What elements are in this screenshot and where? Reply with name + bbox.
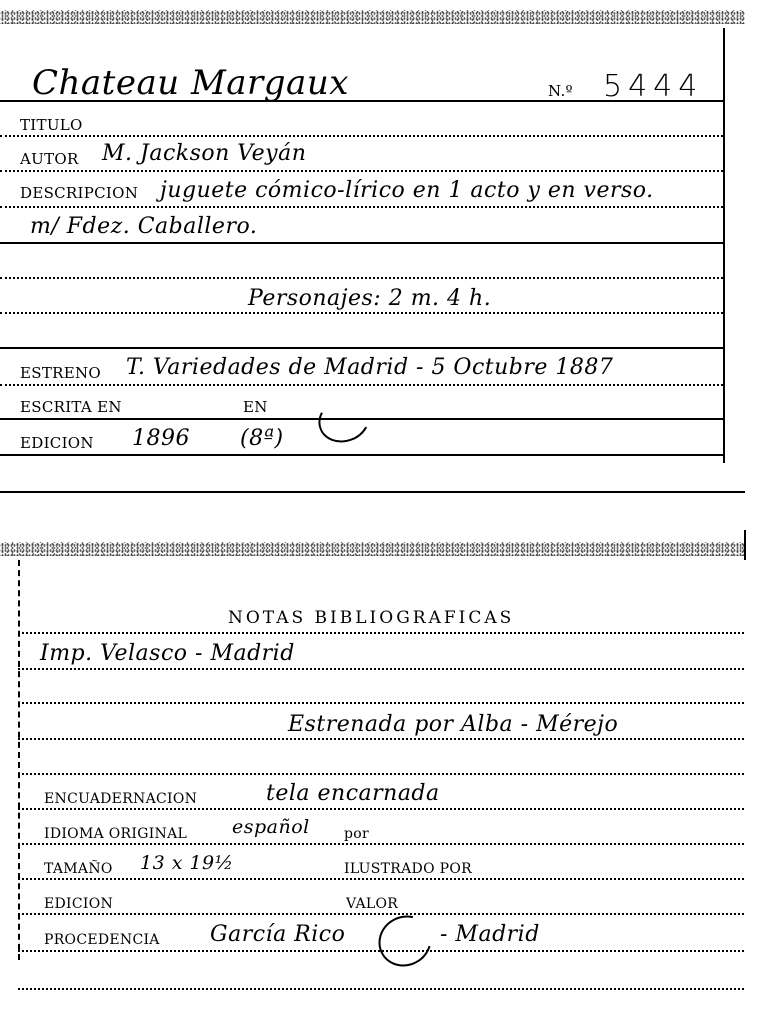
- idioma-original-label: IDIOMA ORIGINAL: [44, 827, 187, 841]
- card-border-right: [723, 28, 725, 463]
- personajes-value: Personajes: 2 m. 4 h.: [248, 288, 491, 310]
- autor-value: M. Jackson Veyán: [102, 143, 306, 165]
- escrita-en-label-2: EN: [243, 400, 268, 415]
- notes-line-1: [18, 668, 744, 670]
- descripcion-line: [0, 206, 723, 208]
- descripcion-line2: [0, 242, 723, 244]
- encuadernacion-label: ENCUADERNACION: [44, 792, 197, 806]
- edicion2-line: [18, 913, 744, 915]
- number-value: 5444: [603, 72, 703, 102]
- stamp-mark: [312, 390, 376, 449]
- edicion-line: [0, 454, 723, 456]
- descripcion-value-line2: m/ Fdez. Caballero.: [30, 216, 257, 238]
- titulo-line: [0, 135, 723, 137]
- titulo-label: TITULO: [20, 118, 83, 133]
- ilustrado-por-label: ILUSTRADO POR: [344, 862, 472, 876]
- card-bottom-edge: [0, 491, 745, 493]
- tamano-value: 13 x 19½: [140, 854, 234, 873]
- number-label: N.º: [548, 84, 573, 99]
- note-2: Estrenada por Alba - Mérejo: [288, 714, 618, 736]
- title-line: [0, 100, 723, 102]
- estreno-line: [0, 384, 723, 386]
- blank-line-1: [0, 277, 723, 279]
- notes-line-4: [18, 773, 744, 775]
- estreno-value: T. Variedades de Madrid - 5 Octubre 1887: [126, 357, 613, 379]
- edicion-value: 1896: [132, 428, 190, 450]
- notas-heading: NOTAS BIBLIOGRAFICAS: [228, 610, 514, 627]
- card-edge-texture: [0, 542, 745, 556]
- notes-line-2: [18, 702, 744, 704]
- catalog-card-main: Chateau Margaux N.º 5444 TITULO AUTOR M.…: [0, 0, 759, 500]
- estreno-label: ESTRENO: [20, 366, 101, 381]
- catalog-card-notes: NOTAS BIBLIOGRAFICAS Imp. Velasco - Madr…: [0, 530, 759, 1028]
- title-value: Chateau Margaux: [32, 66, 349, 100]
- autor-label: AUTOR: [20, 152, 79, 167]
- edicion-label: EDICION: [20, 436, 94, 451]
- card-edge-texture: [0, 10, 745, 24]
- procedencia-value: García Rico: [210, 924, 345, 946]
- note-1: Imp. Velasco - Madrid: [40, 643, 295, 665]
- edicion2-label: EDICION: [44, 897, 113, 911]
- escrita-en-label: ESCRITA EN: [20, 400, 122, 415]
- idioma-por-label: por: [344, 827, 369, 841]
- notes-line-last: [18, 988, 744, 990]
- idioma-line: [18, 843, 744, 845]
- descripcion-value: juguete cómico-lírico en 1 acto y en ver…: [160, 180, 654, 202]
- encuadernacion-line: [18, 808, 744, 810]
- procedencia-line: [18, 950, 744, 952]
- notes-line-3: [18, 738, 744, 740]
- procedencia-label: PROCEDENCIA: [44, 933, 160, 947]
- stamp-mark-2: [369, 906, 441, 976]
- card-border-left: [18, 560, 22, 960]
- personajes-line: [0, 312, 723, 314]
- procedencia-value-2: - Madrid: [440, 924, 540, 946]
- blank-line-2: [0, 347, 723, 349]
- card-border-right: [744, 530, 746, 560]
- tamano-label: TAMAÑO: [44, 862, 113, 876]
- tamano-line: [18, 878, 744, 880]
- idioma-original-value: español: [232, 818, 310, 837]
- encuadernacion-value: tela encarnada: [266, 783, 440, 805]
- descripcion-label: DESCRIPCION: [20, 186, 138, 201]
- valor-label: VALOR: [346, 897, 398, 911]
- autor-line: [0, 170, 723, 172]
- edicion-value-2: (8ª): [240, 428, 284, 450]
- notes-line-0: [18, 632, 744, 634]
